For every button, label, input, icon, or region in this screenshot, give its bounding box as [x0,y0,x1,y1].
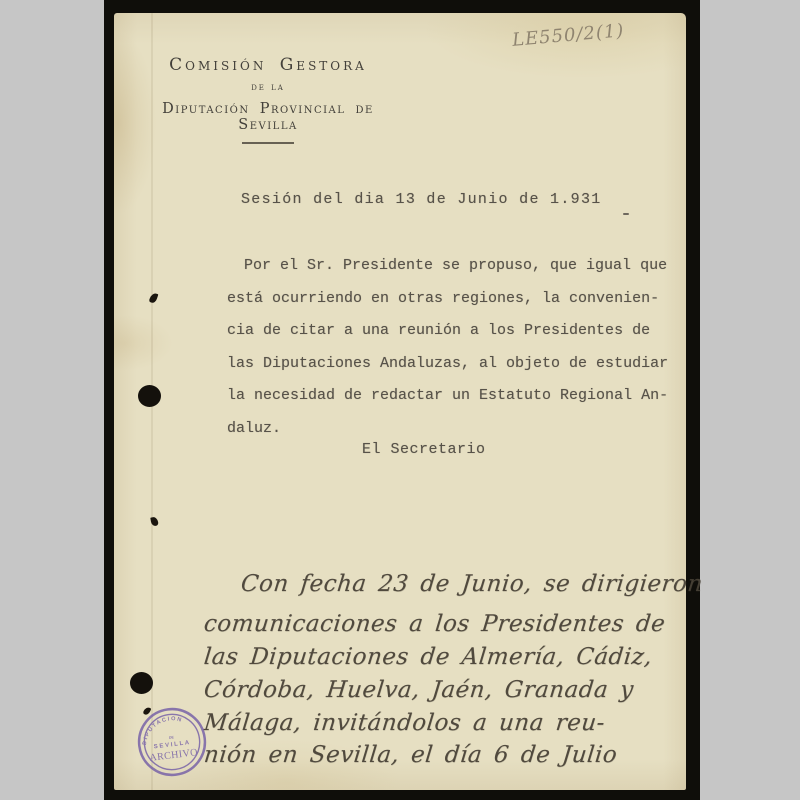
stamp-de-text: DE [169,735,175,740]
letterhead-rule [242,142,294,144]
scan-mat: LE550/2(1) Comisión Gestora de la Diputa… [104,0,700,800]
archive-reference-pencil: LE550/2(1) [511,20,625,51]
handwritten-line: Málaga, invitándolos a una reu- [203,710,607,736]
secretary-signature-line: El Secretario [362,441,486,458]
letterhead-org-line1: Comisión Gestora [142,55,394,75]
letterhead-org-line3: Diputación Provincial de Sevilla [142,101,394,133]
typed-paragraph: Por el Sr. Presidente se propuso, que ig… [227,250,668,445]
typed-line: la necesidad de redactar un Estatuto Reg… [227,380,668,413]
punch-hole [138,385,161,407]
letterhead-org-line2: de la [142,82,394,93]
letterhead: Comisión Gestora de la Diputación Provin… [142,55,394,144]
handwritten-line: Córdoba, Huelva, Jaén, Granada y [203,677,635,703]
handwritten-line: las Diputaciones de Almería, Cádiz, [203,644,654,670]
typed-line: Por el Sr. Presidente se propuso, que ig… [227,250,668,283]
typed-line: cia de citar a una reunión a los Preside… [227,315,668,348]
scanner-background: LE550/2(1) Comisión Gestora de la Diputa… [0,0,800,800]
typed-line: está ocurriendo en otras regiones, la co… [227,283,668,316]
typed-line: las Diputaciones Andaluzas, al objeto de… [227,348,668,381]
ink-speck [623,213,629,215]
document-page: LE550/2(1) Comisión Gestora de la Diputa… [114,13,686,790]
session-title: Sesión del dia 13 de Junio de 1.931 [241,191,602,208]
handwritten-line: nión en Sevilla, el día 6 de Julio [203,742,619,768]
handwritten-line: comunicaciones a los Presidentes de [203,611,667,637]
handwritten-line: Con fecha 23 de Junio, se dirigieron [240,571,705,597]
punch-hole [130,672,153,694]
